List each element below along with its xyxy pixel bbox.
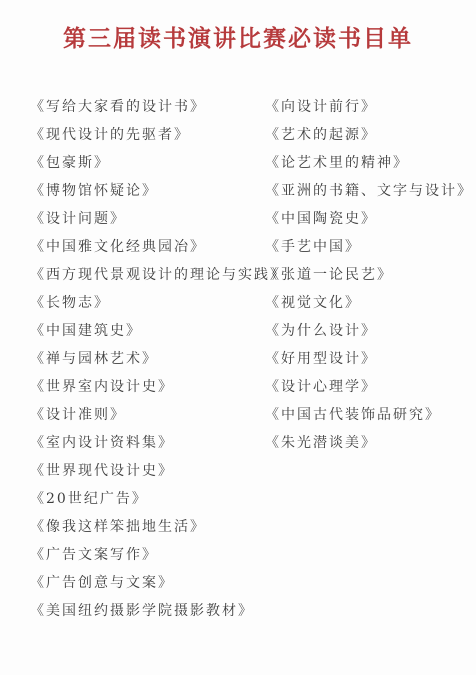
book-title: 《中国陶瓷史》 bbox=[265, 205, 473, 233]
book-title: 《室内设计资料集》 bbox=[30, 429, 265, 457]
book-title: 《广告创意与文案》 bbox=[30, 569, 265, 597]
book-title: 《中国建筑史》 bbox=[30, 317, 265, 345]
book-title: 《朱光潜谈美》 bbox=[265, 429, 473, 457]
book-title: 《写给大家看的设计书》 bbox=[30, 93, 265, 121]
book-title: 《中国雅文化经典园冶》 bbox=[30, 233, 265, 261]
book-title: 《包豪斯》 bbox=[30, 149, 265, 177]
book-list-left: 《写给大家看的设计书》《现代设计的先驱者》《包豪斯》《博物馆怀疑论》《设计问题》… bbox=[30, 93, 265, 625]
book-list-right: 《向设计前行》《艺术的起源》《论艺术里的精神》《亚洲的书籍、文字与设计》《中国陶… bbox=[265, 93, 473, 625]
book-title: 《博物馆怀疑论》 bbox=[30, 177, 265, 205]
reading-list-document: 第三届读书演讲比赛必读书目单 《写给大家看的设计书》《现代设计的先驱者》《包豪斯… bbox=[0, 0, 476, 675]
book-title: 《好用型设计》 bbox=[265, 345, 473, 373]
book-title: 《设计心理学》 bbox=[265, 373, 473, 401]
book-title: 《长物志》 bbox=[30, 289, 265, 317]
book-columns: 《写给大家看的设计书》《现代设计的先驱者》《包豪斯》《博物馆怀疑论》《设计问题》… bbox=[0, 93, 476, 625]
book-title: 《禅与园林艺术》 bbox=[30, 345, 265, 373]
book-title: 《中国古代装饰品研究》 bbox=[265, 401, 473, 429]
book-title: 《向设计前行》 bbox=[265, 93, 473, 121]
book-title: 《亚洲的书籍、文字与设计》 bbox=[265, 177, 473, 205]
book-title: 《艺术的起源》 bbox=[265, 121, 473, 149]
book-title: 《20世纪广告》 bbox=[30, 485, 265, 513]
book-title: 《张道一论民艺》 bbox=[265, 261, 473, 289]
book-title: 《现代设计的先驱者》 bbox=[30, 121, 265, 149]
book-title: 《设计问题》 bbox=[30, 205, 265, 233]
book-title: 《视觉文化》 bbox=[265, 289, 473, 317]
book-title: 《设计准则》 bbox=[30, 401, 265, 429]
book-title: 《像我这样笨拙地生活》 bbox=[30, 513, 265, 541]
page-title: 第三届读书演讲比赛必读书目单 bbox=[0, 0, 476, 54]
book-title: 《论艺术里的精神》 bbox=[265, 149, 473, 177]
book-title: 《为什么设计》 bbox=[265, 317, 473, 345]
book-title: 《手艺中国》 bbox=[265, 233, 473, 261]
book-title: 《美国纽约摄影学院摄影教材》 bbox=[30, 597, 265, 625]
book-title: 《广告文案写作》 bbox=[30, 541, 265, 569]
book-title: 《西方现代景观设计的理论与实践》 bbox=[30, 261, 265, 289]
book-title: 《世界现代设计史》 bbox=[30, 457, 265, 485]
book-title: 《世界室内设计史》 bbox=[30, 373, 265, 401]
